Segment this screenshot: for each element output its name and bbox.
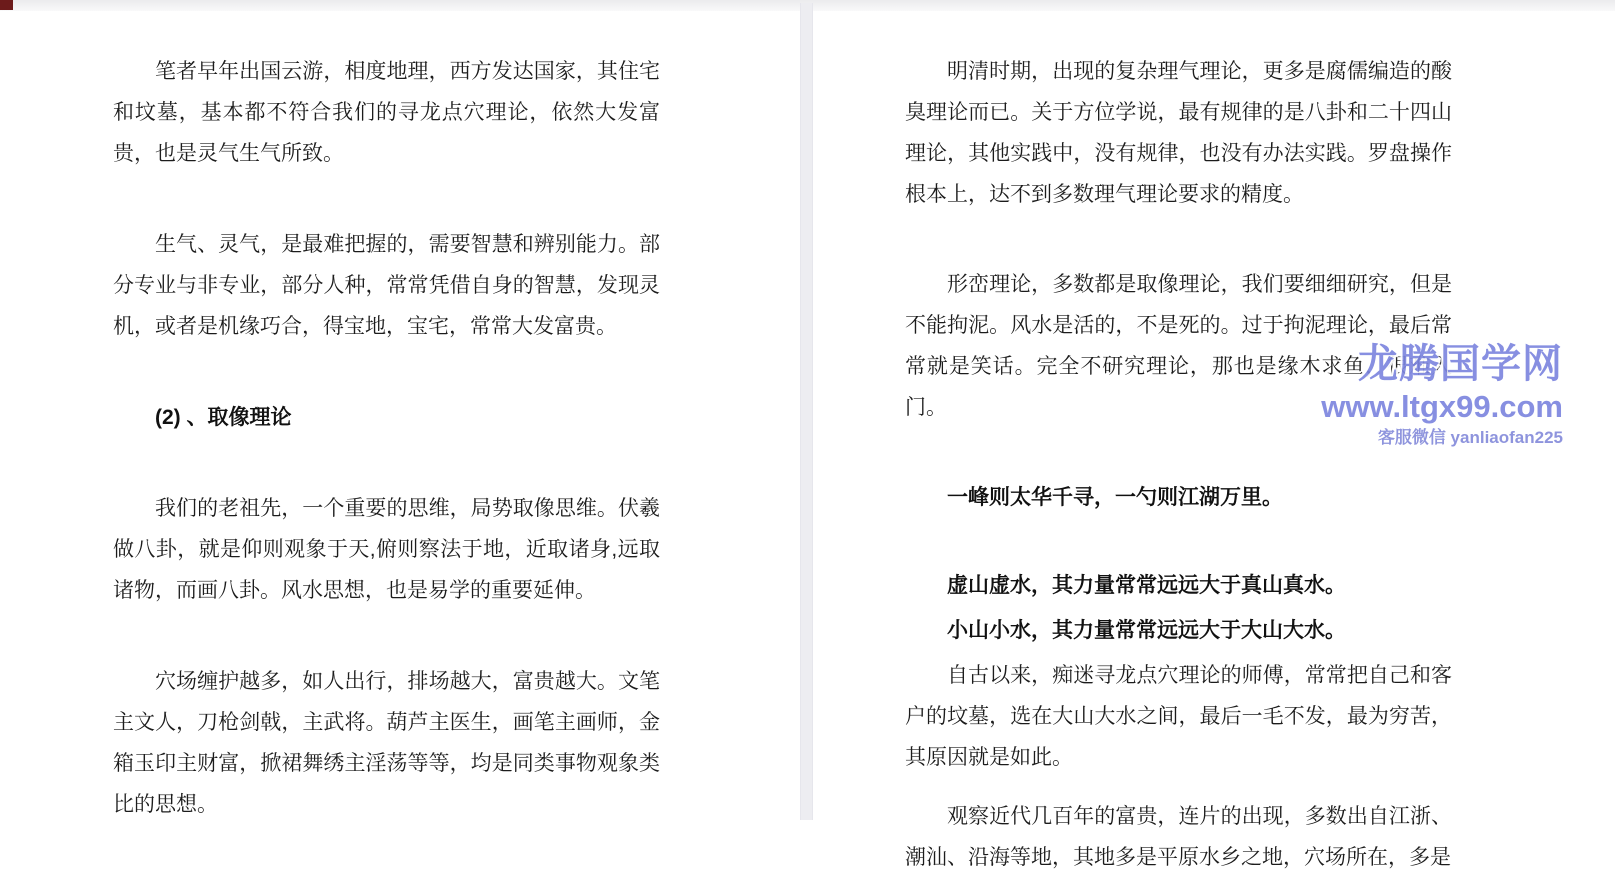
document-page-left: 笔者早年出国云游，相度地理，西方发达国家，其住宅和坟墓，基本都不符合我们的寻龙点… (0, 11, 800, 820)
paragraph: 观察近代几百年的富贵，连片的出现，多数出自江浙、潮汕、沿海等地，其地多是平原水乡… (905, 796, 1452, 820)
document-page-right: 明清时期，出现的复杂理气理论，更多是腐儒编造的酸臭理论而已。关于方位学说，最有规… (813, 11, 1615, 820)
right-page-text-column: 明清时期，出现的复杂理气理论，更多是腐儒编造的酸臭理论而已。关于方位学说，最有规… (905, 11, 1452, 820)
paragraph: 明清时期，出现的复杂理气理论，更多是腐儒编造的酸臭理论而已。关于方位学说，最有规… (905, 51, 1452, 215)
bold-quote-line: 一峰则太华千寻，一勺则江湖万里。 (905, 477, 1452, 518)
paragraph: 笔者早年出国云游，相度地理，西方发达国家，其住宅和坟墓，基本都不符合我们的寻龙点… (113, 51, 660, 174)
bold-statement-line: 小山小水，其力量常常远远大于大山大水。 (905, 610, 1452, 651)
paragraph: 形峦理论，多数都是取像理论，我们要细细研究，但是不能拘泥。风水是活的，不是死的。… (905, 264, 1452, 428)
paragraph: 穴场缠护越多，如人出行，排场越大，富贵越大。文笔主文人，刀枪剑戟，主武将。葫芦主… (113, 661, 660, 820)
section-heading: (2) 、取像理论 (113, 397, 660, 438)
paragraph: 我们的老祖先，一个重要的思维，局势取像思维。伏羲做八卦，就是仰则观象于天,俯则察… (113, 488, 660, 611)
bold-statement-line: 虚山虚水，其力量常常远远大于真山真水。 (905, 565, 1452, 606)
paragraph: 生气、灵气，是最难把握的，需要智慧和辨别能力。部分专业与非专业，部分人种，常常凭… (113, 224, 660, 347)
paragraph: 自古以来，痴迷寻龙点穴理论的师傅，常常把自己和客户的坟墓，选在大山大水之间，最后… (905, 655, 1452, 778)
page-divider (800, 3, 813, 820)
left-page-text-column: 笔者早年出国云游，相度地理，西方发达国家，其住宅和坟墓，基本都不符合我们的寻龙点… (113, 11, 660, 820)
window-corner-marker (0, 0, 13, 10)
